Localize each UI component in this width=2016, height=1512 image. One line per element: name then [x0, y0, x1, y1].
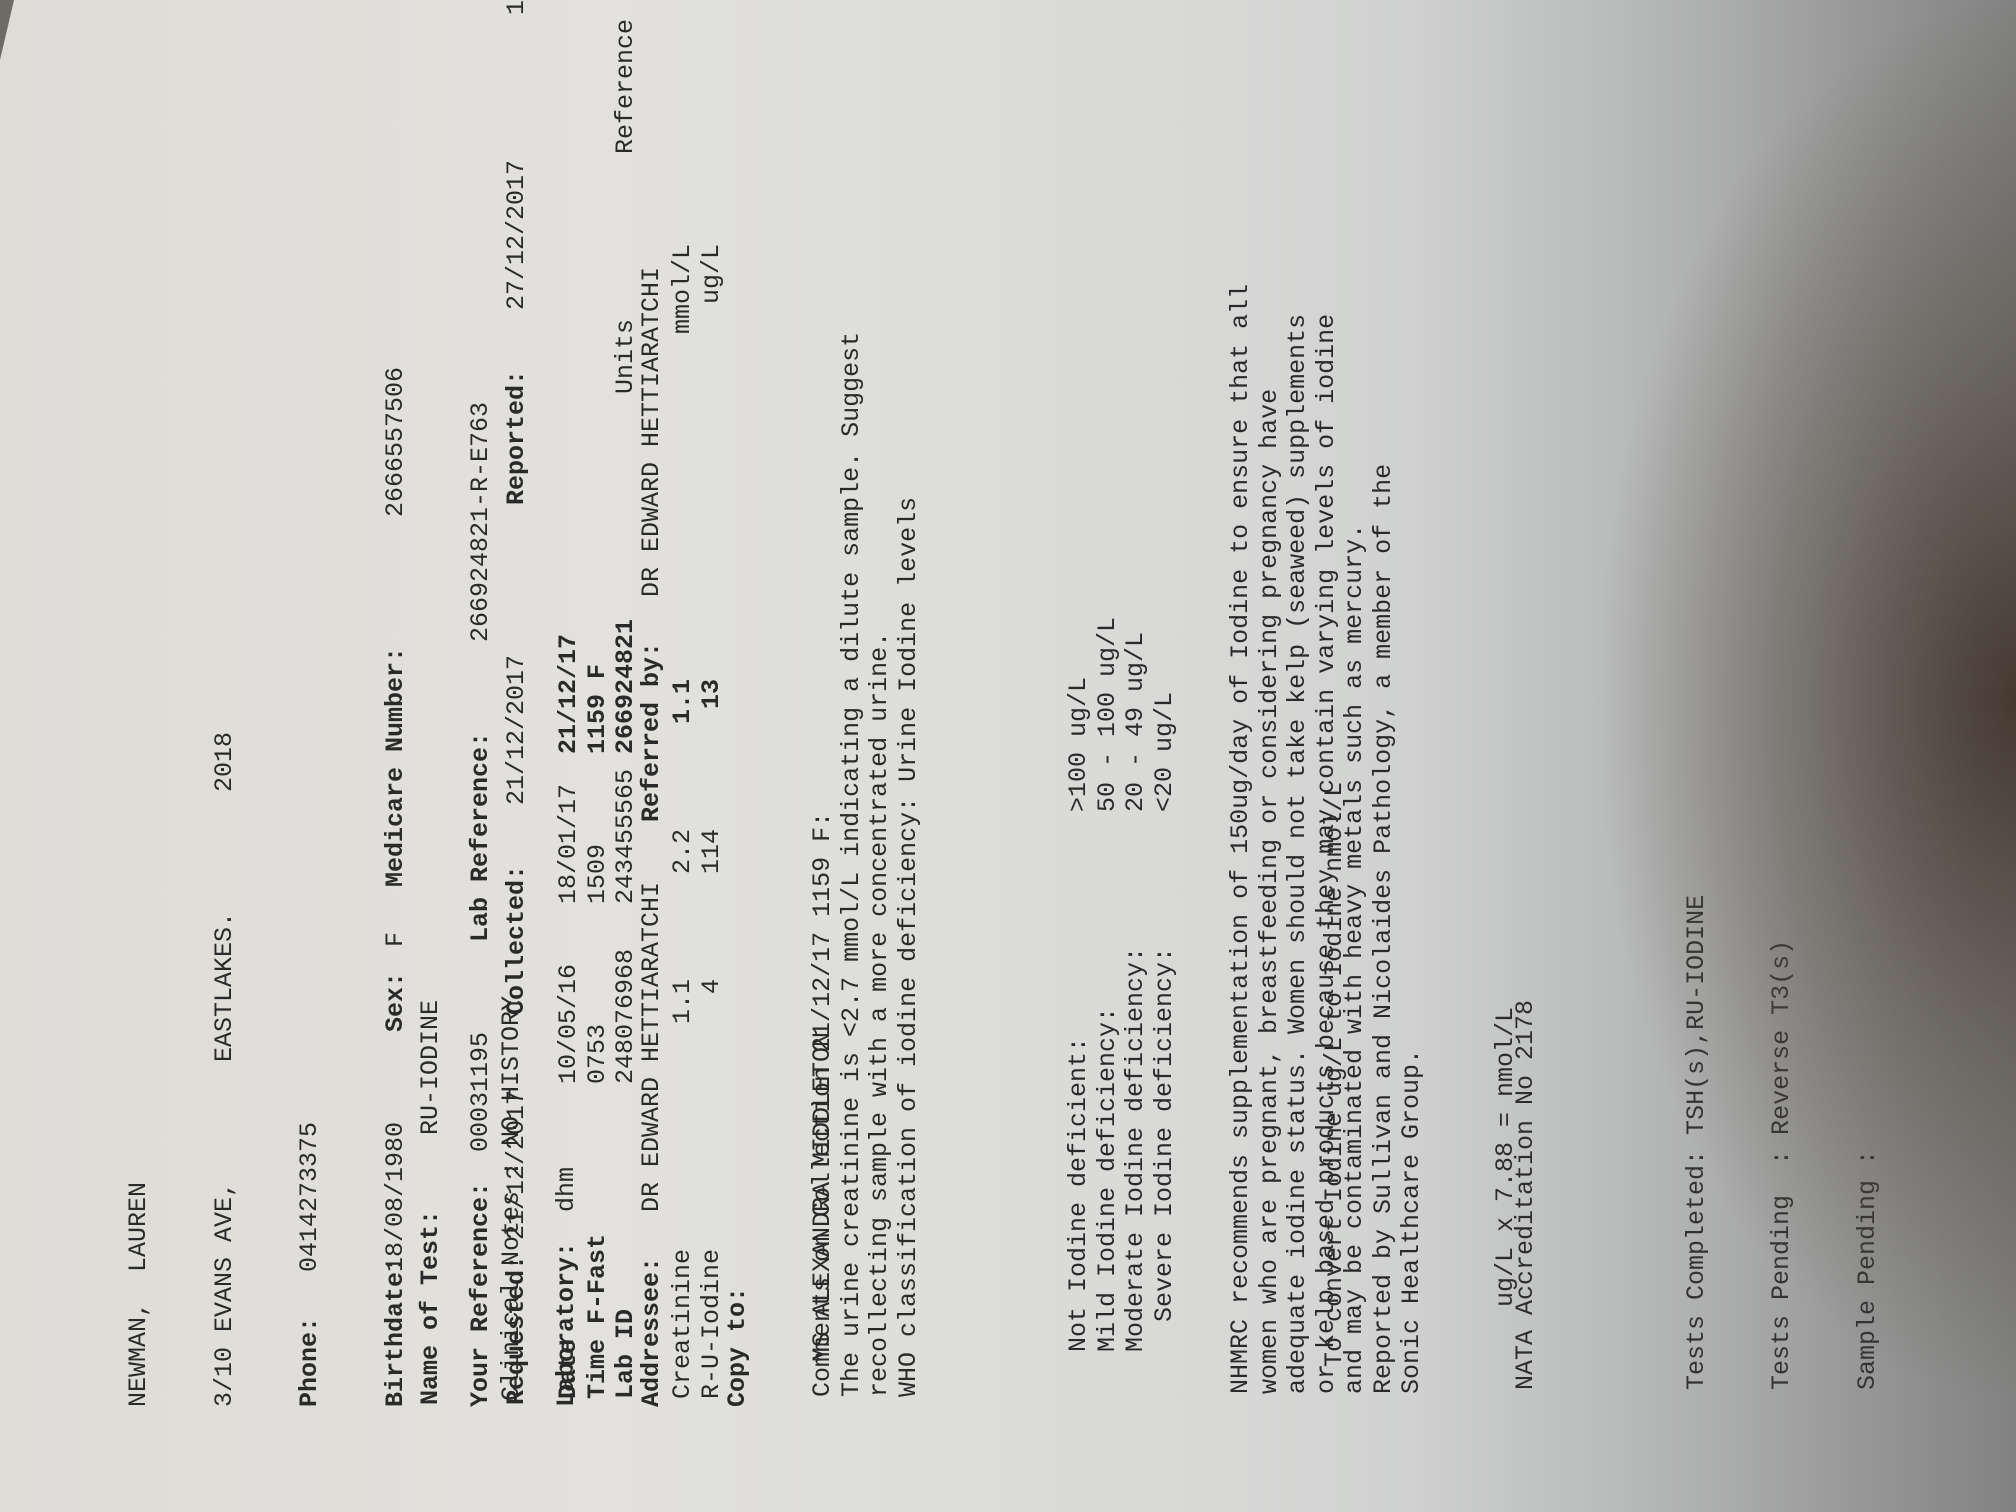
units-header: Units [612, 319, 641, 394]
analyte-value: 1.1 [669, 679, 698, 724]
comment-line: The urine creatinine is <2.7 mmol/L indi… [838, 332, 867, 1397]
results-column-date: 10/05/16 [555, 964, 584, 1084]
results-column-time: 0753 [584, 1024, 613, 1084]
comment-line: Comments on Collection 21/12/17 1159 F: [809, 332, 838, 1397]
results-row-label: Date [555, 1339, 584, 1399]
nata-accreditation: NATA Accreditation No 2178 [1512, 895, 1541, 1390]
nhmrc-line: and may be contaminated with heavy metal… [1341, 284, 1370, 1394]
who-row: Not Iodine deficient:>100 ug/L [1065, 332, 1094, 1352]
lab-reference: 266924821-R-E763 [467, 402, 496, 642]
results-table: Date10/05/1618/01/1721/12/17Time F-Fast0… [555, 99, 755, 1399]
analyte-value: 114 [698, 829, 727, 874]
nhmrc-line: NHMRC recommends supplementation of 150u… [1227, 284, 1256, 1394]
results-column-lab_id: 243455565 [612, 769, 641, 904]
analyte-units: ug/L [698, 244, 727, 304]
analyte-value: 13 [698, 679, 727, 709]
lab-reference-label: Lab Reference: [467, 732, 496, 942]
analyte-value: 1.1 [669, 979, 698, 1024]
reported-label: Reported: [503, 370, 532, 505]
patient-given-name: LAUREN [125, 1182, 154, 1272]
lab-report-page: NEWMAN,LAUREN 3/10 EVANS AVE,EASTLAKES.2… [0, 0, 2016, 1512]
who-label: Moderate Iodine deficiency: [1121, 947, 1150, 1352]
who-label: Not Iodine deficient: [1064, 1037, 1093, 1352]
nhmrc-line: Sonic Healthcare Group. [1398, 284, 1427, 1394]
patient-address: 3/10 EVANS AVE, [210, 1182, 239, 1407]
who-row: Moderate Iodine deficiency:20 - 49 ug/L [1122, 332, 1151, 1352]
report-footer: NATA Accreditation No 2178 Tests Complet… [1455, 895, 1939, 1390]
tests-pending: Reverse T3(s) [1767, 940, 1796, 1135]
sample-pending-label: Sample Pending : [1853, 1150, 1882, 1390]
results-column-date: 18/01/17 [555, 784, 584, 904]
sex-label: Sex: [382, 972, 411, 1032]
who-label: Mild Iodine deficiency: [1093, 1007, 1122, 1352]
results-column-time: 1159 F [584, 664, 613, 754]
reported-date: 27/12/2017 [503, 160, 532, 310]
tests-completed-label: Tests Completed: [1682, 1150, 1711, 1390]
phone-label: Phone: [295, 1317, 324, 1407]
results-column-time: 1509 [584, 844, 613, 904]
clinical-notes: Clinical Notes : NO HISTORY [498, 996, 527, 1401]
comment-lines: Comments on Collection 21/12/17 1159 F:T… [809, 332, 923, 1397]
who-range: 50 - 100 ug/L [1094, 617, 1123, 812]
analyte-name: Creatinine [669, 1249, 698, 1399]
analyte-value: 4 [698, 979, 727, 994]
tests-completed: TSH(s),RU-IODINE [1682, 895, 1711, 1135]
who-range: >100 ug/L [1065, 677, 1094, 812]
nhmrc-paragraph: NHMRC recommends supplementation of 150u… [1170, 284, 1484, 1394]
comment-line: recollecting sample with a more concentr… [866, 332, 895, 1397]
paper-corner [0, 0, 14, 60]
reference-header: Reference [612, 19, 641, 154]
patient-suburb: EASTLAKES. [211, 912, 240, 1062]
results-column-lab_id: 266924821 [612, 619, 641, 754]
analyte-value: 2.2 [669, 829, 698, 874]
patient-phone: 0414273375 [296, 1122, 325, 1272]
who-row: Mild Iodine deficiency:50 - 100 ug/L [1094, 332, 1123, 1352]
your-reference: 00031195 [467, 1032, 496, 1152]
who-range: 20 - 49 ug/L [1122, 632, 1151, 812]
results-column-date: 21/12/17 [555, 634, 584, 754]
results-row-label: Time F-Fast [584, 1234, 613, 1399]
nhmrc-line: adequate iodine status. Women should not… [1284, 284, 1313, 1394]
patient-medicare: 2666557506 [382, 367, 411, 517]
collected-date: 21/12/2017 [503, 655, 532, 805]
who-classification-table: Not Iodine deficient:>100 ug/LMild Iodin… [1065, 332, 1179, 1352]
patient-sex: F [382, 932, 411, 947]
name-of-test-label: Name of Test: [416, 1210, 445, 1405]
tests-pending-label: Tests Pending : [1767, 1150, 1796, 1390]
medicare-label: Medicare Number: [382, 647, 411, 887]
patient-postcode: 2018 [211, 732, 240, 792]
analyte-units: mmol/L [669, 244, 698, 334]
nhmrc-line: women who are pregnant, breastfeeding or… [1256, 284, 1285, 1394]
results-row-label: Lab ID [612, 1309, 641, 1399]
comment-line: WHO classification of iodine deficiency:… [895, 332, 924, 1397]
collected-label: Collected: [503, 865, 532, 1015]
nhmrc-line: Reported by Sullivan and Nicolaides Path… [1370, 284, 1399, 1394]
results-column-lab_id: 248076968 [612, 949, 641, 1084]
nhmrc-line: or kelp based products because they may … [1313, 284, 1342, 1394]
analyte-name: R-U-Iodine [698, 1249, 727, 1399]
name-of-test: RU-IODINE [417, 1000, 446, 1135]
patient-surname: NEWMAN, [124, 1302, 153, 1407]
reported-time: 12:32 [503, 0, 532, 15]
